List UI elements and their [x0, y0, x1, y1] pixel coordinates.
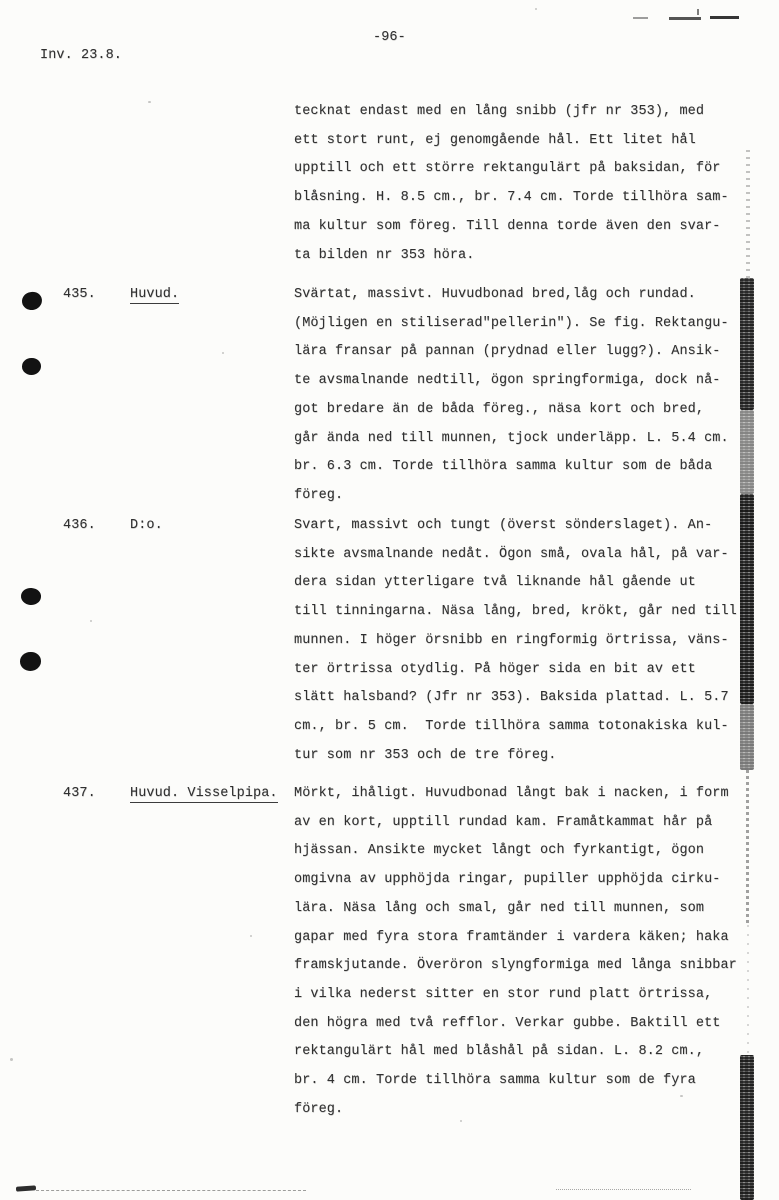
text-line: den högra med två refflor. Verkar gubbe.…	[294, 1010, 737, 1039]
page-number: -96-	[373, 24, 406, 53]
text-line: got bredare än de båda föreg., näsa kort…	[294, 396, 729, 425]
band-segment	[740, 410, 754, 494]
text-line: gapar med fyra stora framtänder i varder…	[294, 924, 737, 953]
entry-437-description: Mörkt, ihåligt. Huvudbonad långt bak i n…	[294, 780, 737, 1124]
text-line: rektangulärt hål med blåshål på sidan. L…	[294, 1038, 737, 1067]
hole-punch-dot	[22, 358, 41, 375]
band-segment	[740, 494, 754, 704]
text-line: munnen. I höger örsnibb en ringformig ör…	[294, 627, 737, 656]
hole-punch-dot	[20, 587, 41, 606]
text-line: tecknat endast med en lång snibb (jfr nr…	[294, 98, 729, 127]
paper-speck	[535, 8, 537, 10]
text-line: Svärtat, massivt. Huvudbonad bred,låg oc…	[294, 281, 729, 310]
scan-artifact-band	[740, 150, 754, 1200]
entry-436-description: Svart, massivt och tungt (överst sönders…	[294, 512, 737, 770]
text-line: ma kultur som föreg. Till denna torde äv…	[294, 213, 729, 242]
text-line: föreg.	[294, 1096, 737, 1125]
text-line: föreg.	[294, 482, 729, 511]
text-line: tur som nr 353 och de tre föreg.	[294, 742, 737, 771]
inventory-label: Inv. 23.8.	[40, 42, 122, 71]
entry-label-text: Huvud.	[130, 287, 179, 304]
text-line: framskjutande. Överöron slyngformiga med…	[294, 952, 737, 981]
paper-speck	[222, 352, 224, 354]
entry-435-label: Huvud.	[130, 281, 179, 310]
entry-label-text: Huvud. Visselpipa.	[130, 786, 278, 803]
band-segment	[746, 770, 749, 925]
text-line: upptill och ett större rektangulärt på b…	[294, 155, 729, 184]
paper-speck	[680, 1095, 683, 1097]
entry-437-number: 437.	[63, 780, 96, 809]
text-line: dera sidan ytterligare två liknande hål …	[294, 569, 737, 598]
text-line: lära. Näsa lång och smal, går ned till m…	[294, 895, 737, 924]
band-segment	[740, 1055, 754, 1200]
text-line: br. 6.3 cm. Torde tillhöra samma kultur …	[294, 453, 729, 482]
text-line: blåsning. H. 8.5 cm., br. 7.4 cm. Torde …	[294, 184, 729, 213]
text-line: te avsmalnande nedtill, ögon springformi…	[294, 367, 729, 396]
text-line: av en kort, upptill rundad kam. Framåtka…	[294, 809, 737, 838]
text-line: ter örtrissa otydlig. På höger sida en b…	[294, 656, 737, 685]
band-segment	[740, 704, 754, 770]
text-line: till tinningarna. Näsa lång, bred, krökt…	[294, 598, 737, 627]
scan-dash-mark	[633, 17, 648, 19]
text-line: går ända ned till munnen, tjock underläp…	[294, 425, 729, 454]
text-line: ta bilden nr 353 höra.	[294, 242, 729, 271]
text-line: (Möjligen en stiliserad"pellerin"). Se f…	[294, 310, 729, 339]
entry-435-number: 435.	[63, 281, 96, 310]
band-segment	[746, 150, 750, 278]
entry-437-label: Huvud. Visselpipa.	[130, 780, 278, 809]
entry-436-number: 436.	[63, 512, 96, 541]
scan-tick-mark	[697, 9, 699, 15]
paper-speck	[460, 1120, 462, 1122]
text-line: Svart, massivt och tungt (överst sönders…	[294, 512, 737, 541]
text-line: slätt halsband? (Jfr nr 353). Baksida pl…	[294, 684, 737, 713]
scan-dash-mark	[710, 16, 739, 19]
hole-punch-dot	[20, 652, 41, 671]
hole-punch-dot	[21, 291, 43, 312]
bottom-scan-line	[36, 1190, 306, 1191]
document-page: -96- Inv. 23.8. tecknat endast med en lå…	[0, 0, 779, 1200]
entry-435-description: Svärtat, massivt. Huvudbonad bred,låg oc…	[294, 281, 729, 511]
scan-dash-mark	[669, 17, 701, 20]
text-line: sikte avsmalnande nedåt. Ögon små, ovala…	[294, 541, 737, 570]
text-line: omgivna av upphöjda ringar, pupiller upp…	[294, 866, 737, 895]
text-line: Mörkt, ihåligt. Huvudbonad långt bak i n…	[294, 780, 737, 809]
paper-speck	[250, 935, 252, 937]
text-line: br. 4 cm. Torde tillhöra samma kultur so…	[294, 1067, 737, 1096]
band-segment	[740, 278, 754, 410]
text-line: hjässan. Ansikte mycket långt och fyrkan…	[294, 837, 737, 866]
bottom-scan-line	[556, 1189, 691, 1190]
entry-436-label: D:o.	[130, 512, 163, 541]
paper-speck	[90, 620, 92, 622]
paper-speck	[148, 101, 151, 103]
paper-speck	[10, 1058, 13, 1061]
intro-paragraph: tecknat endast med en lång snibb (jfr nr…	[294, 98, 729, 270]
text-line: ett stort runt, ej genomgående hål. Ett …	[294, 127, 729, 156]
text-line: i vilka nederst sitter en stor rund plat…	[294, 981, 737, 1010]
scan-smudge	[16, 1185, 36, 1191]
text-line: cm., br. 5 cm. Torde tillhöra samma toto…	[294, 713, 737, 742]
band-segment	[747, 925, 749, 1055]
text-line: lära fransar på pannan (prydnad eller lu…	[294, 338, 729, 367]
